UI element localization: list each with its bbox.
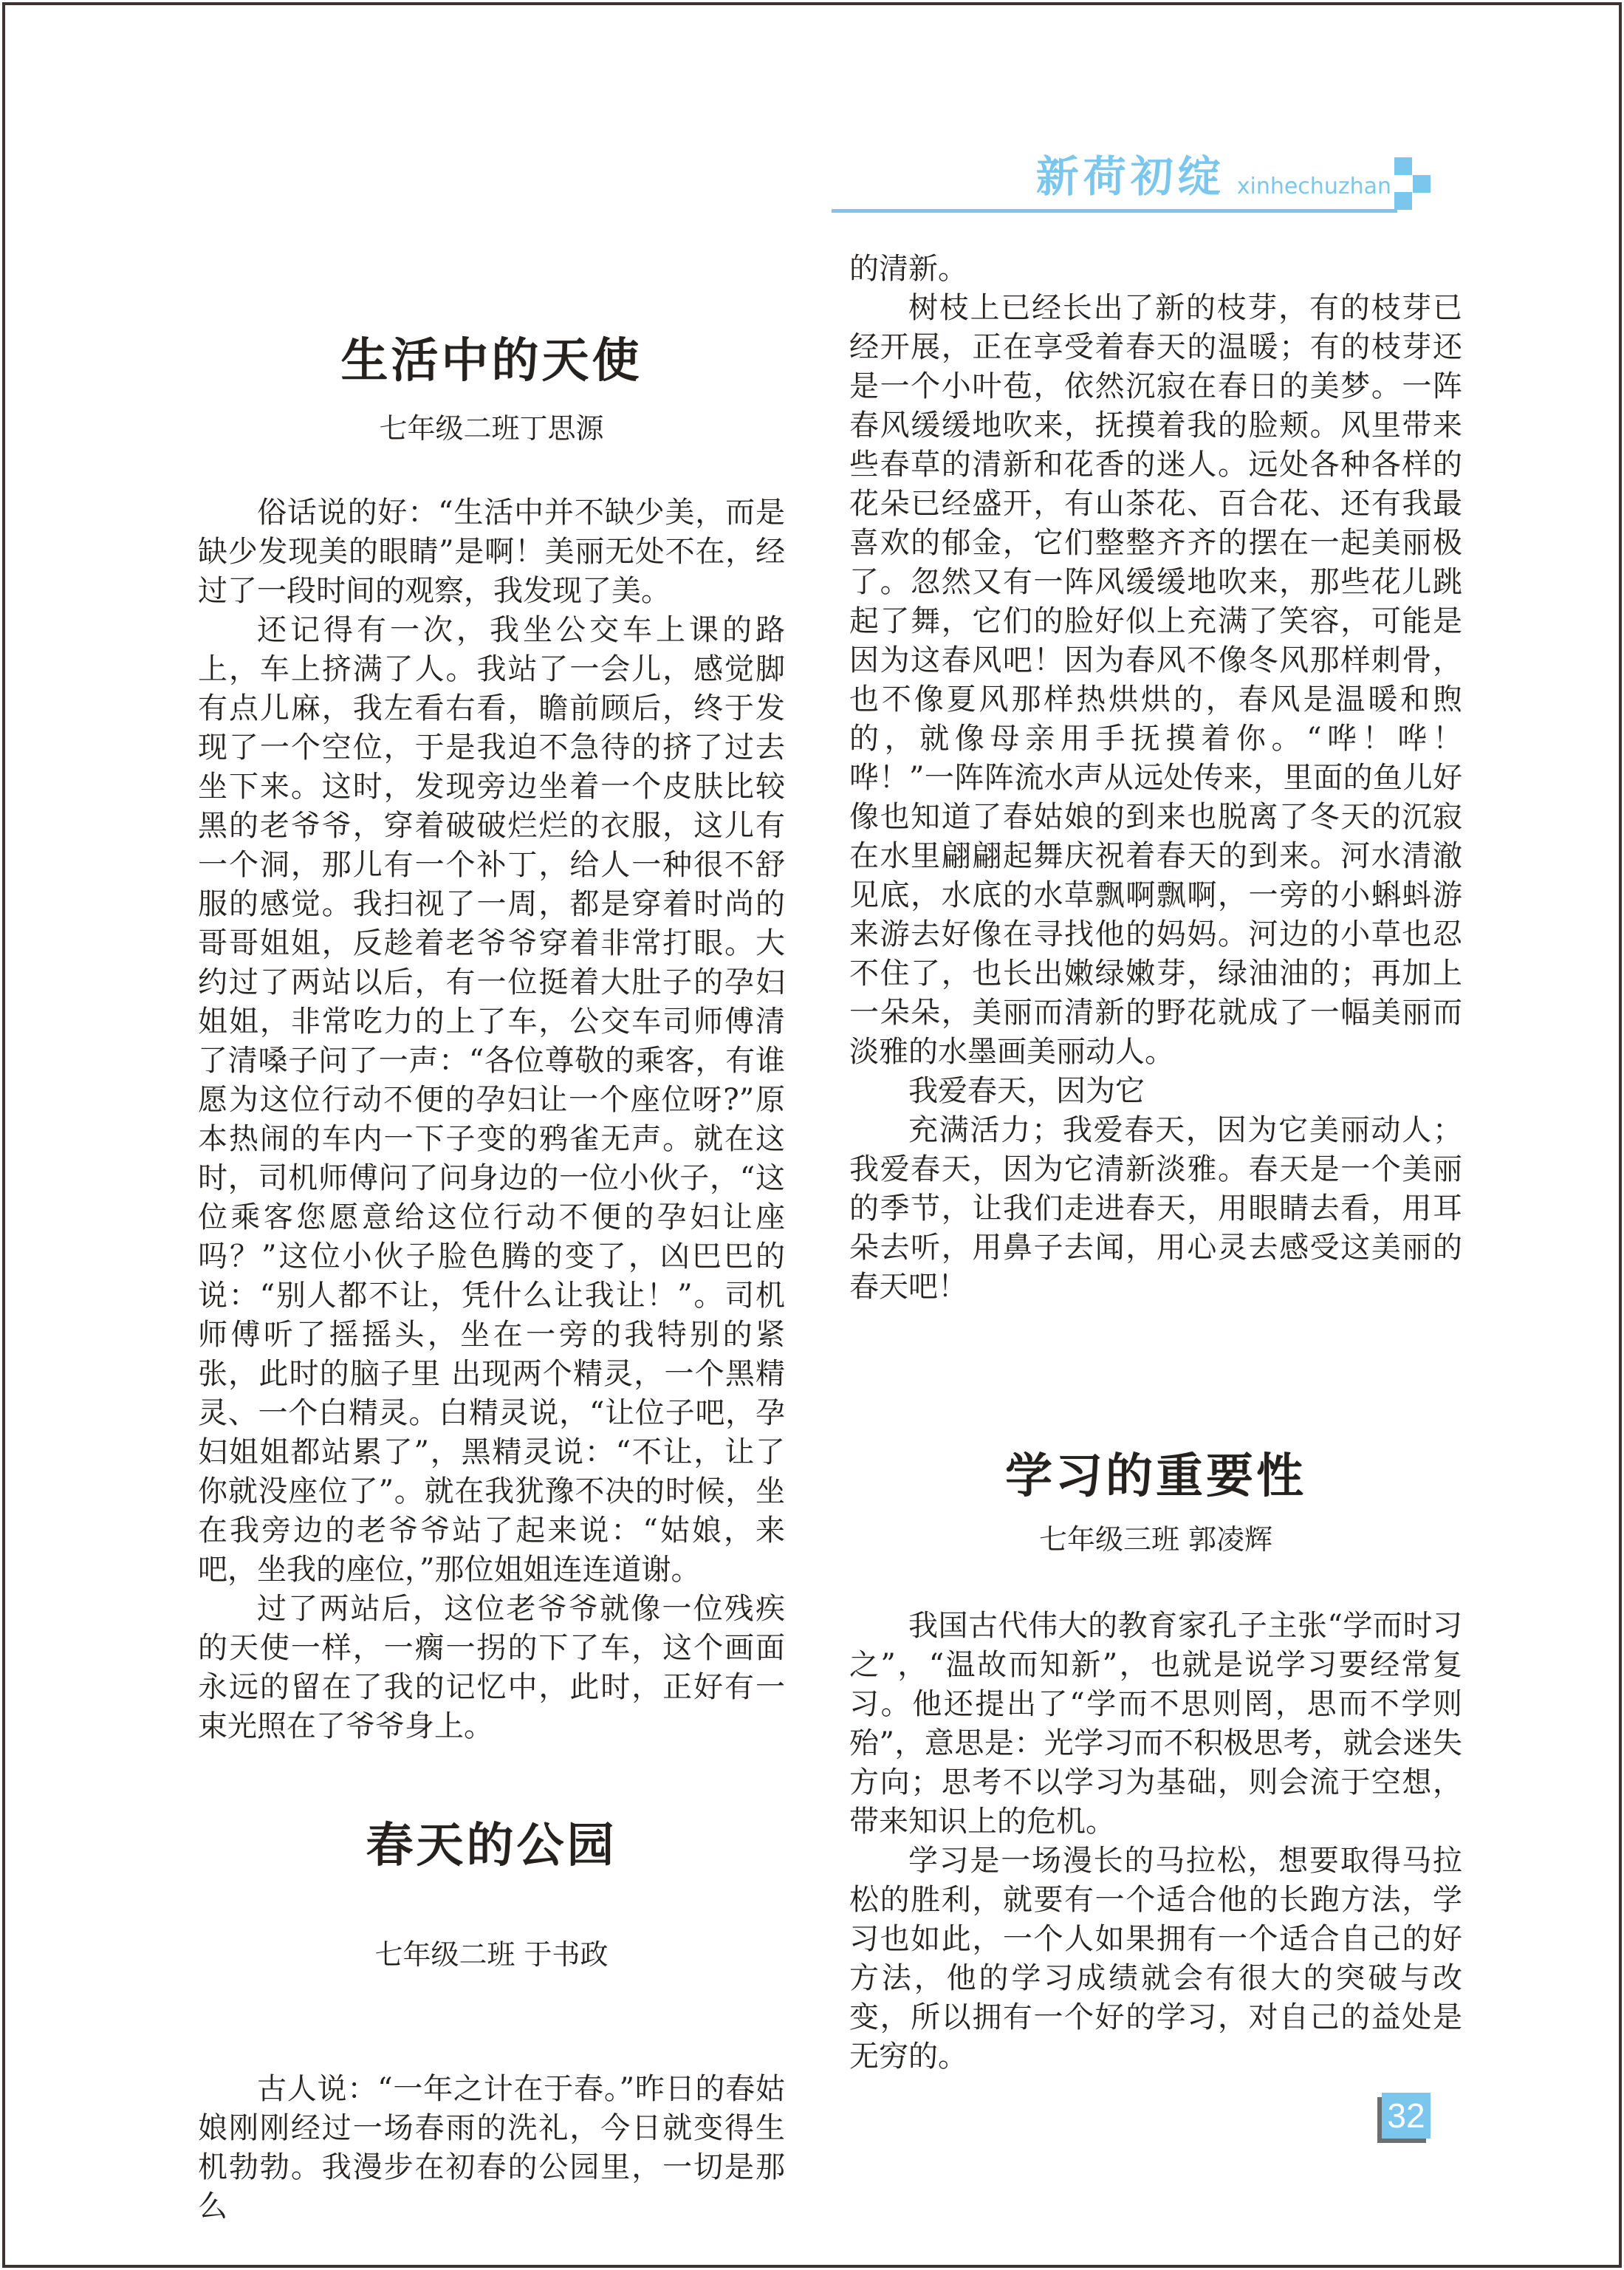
pixel-squares-icon: [1394, 157, 1431, 211]
paragraph: 古人说：“一年之计在于春。”昨日的春姑娘刚刚经过一场春雨的洗礼，今日就变得生机勃…: [198, 2070, 785, 2226]
magazine-title: 新荷初绽: [1036, 154, 1225, 201]
paragraph: 树枝上已经长出了新的枝芽，有的枝芽已经开展，正在享受着春天的温暖；有的枝芽还是一…: [849, 289, 1462, 1072]
article-1-title: 生活中的天使: [198, 334, 785, 389]
article-3-body: 我国古代伟大的教育家孔子主张“学而时习之”，“温故而知新”，也就是说学习要经常复…: [849, 1607, 1462, 2076]
paragraph: 过了两站后，这位老爷爷就像一位残疾的天使一样，一瘸一拐的下了车，这个画面永远的留…: [198, 1590, 785, 1746]
article-2-author: 七年级二班 于书政: [198, 1938, 785, 1972]
article-2-body-continued: 的清新。 树枝上已经长出了新的枝芽，有的枝芽已经开展，正在享受着春天的温暖；有的…: [849, 250, 1462, 1307]
page-number-badge: 32: [1382, 2093, 1431, 2139]
article-3-author: 七年级三班 郭凌辉: [849, 1523, 1462, 1557]
paragraph: 还记得有一次，我坐公交车上课的路上，车上挤满了人。我站了一会儿，感觉脚有点儿麻，…: [198, 611, 785, 1590]
paragraph: 充满活力；我爱春天，因为它美丽动人；我爱春天，因为它清新淡雅。春天是一个美丽的季…: [849, 1111, 1462, 1307]
magazine-brand: 新荷初绽 xinhechuzhan: [832, 154, 1391, 201]
article-1-author: 七年级二班丁思源: [198, 412, 785, 446]
paragraph: 我爱春天，因为它: [849, 1072, 1462, 1111]
magazine-title-pinyin: xinhechuzhan: [1237, 176, 1391, 201]
article-2-title: 春天的公园: [198, 1819, 785, 1873]
article-1-body: 俗话说的好：“生活中并不缺少美，而是缺少发现美的眼睛”是啊！美丽无处不在，经过了…: [198, 493, 785, 1746]
magazine-page: 新荷初绽 xinhechuzhan 生活中的天使 七年级二班丁思源 俗话说的好：…: [0, 0, 1624, 2270]
article-2-body-start: 古人说：“一年之计在于春。”昨日的春姑娘刚刚经过一场春雨的洗礼，今日就变得生机勃…: [198, 2070, 785, 2226]
paragraph: 俗话说的好：“生活中并不缺少美，而是缺少发现美的眼睛”是啊！美丽无处不在，经过了…: [198, 493, 785, 611]
paragraph-continuation: 的清新。: [849, 250, 1462, 289]
header-divider-line: [832, 209, 1397, 213]
pixel-square-bottom: [1394, 192, 1412, 210]
paragraph: 学习是一场漫长的马拉松，想要取得马拉松的胜利，就要有一个适合他的长跑方法，学习也…: [849, 1842, 1462, 2076]
paragraph: 我国古代伟大的教育家孔子主张“学而时习之”，“温故而知新”，也就是说学习要经常复…: [849, 1607, 1462, 1842]
article-3-title: 学习的重要性: [849, 1449, 1462, 1504]
pixel-square-top: [1394, 157, 1412, 175]
pixel-square-middle: [1413, 175, 1431, 193]
